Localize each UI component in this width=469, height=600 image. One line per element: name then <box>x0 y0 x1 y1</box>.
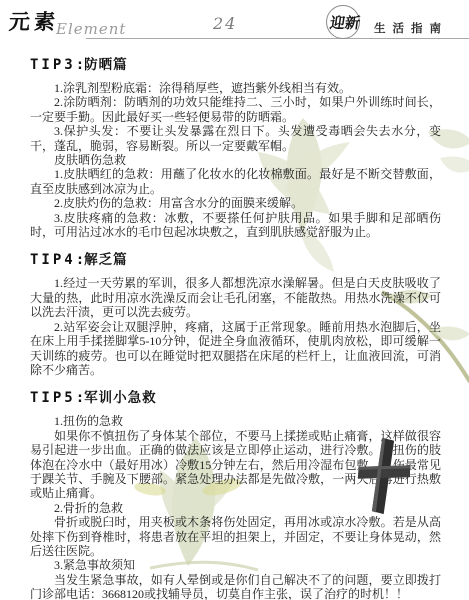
paragraph: 1.经过一天劳累的军训，很多人都想洗凉水澡解暑。但是白天皮肤吸收了大量的热，此时… <box>30 276 441 319</box>
paragraph: 当发生紧急事故，如有人晕倒或是你们自己解决不了的问题，要立即拨打门诊部电话：36… <box>30 573 441 600</box>
welcome-badge-label: 迎新 <box>329 12 362 33</box>
medical-cross-icon <box>358 436 410 516</box>
paragraph: 2.涂防晒剂：防晒剂的功效只能维持二、三小时，如果户外训练时间长，一定要手勤。因… <box>30 95 441 124</box>
section-heading: TIP3:防晒篇 <box>30 56 441 75</box>
tip-title: 解乏篇 <box>84 252 128 268</box>
tip-separator: : <box>76 252 84 268</box>
magazine-logo-en: Element <box>56 20 126 38</box>
paragraph: 2.站军姿会让双腿浮肿，疼痛，这属于正常现象。睡前用热水泡脚后，坐在床上用手揉搓… <box>30 320 441 378</box>
paragraph: 3.保护头发：不要让头发暴露在烈日下。头发遭受毒晒会失去水分，变干，蓬乱，脆弱，… <box>30 124 441 153</box>
tip-label: TIP3 <box>30 57 76 73</box>
section-heading: TIP5:军训小急救 <box>30 389 441 408</box>
paragraph: 3.皮肤疼痛的急救：冰敷，不要搽任何护肤用品。如果手脚和足部晒伤时，可用沾过冰水… <box>30 211 441 240</box>
edition-title: 生活指南 <box>374 20 448 36</box>
paragraph: 骨折或脱臼时，用夹板或木条将伤处固定，再用冰或凉水冷敷。若是从高处摔下伤到脊椎时… <box>30 515 441 558</box>
tip-label: TIP4 <box>30 252 76 268</box>
page-header: 元素 Element 24 迎新 生活指南 <box>0 0 469 44</box>
section-subheading: 1.扭伤的急救 <box>30 414 441 428</box>
page: 元素 Element 24 迎新 生活指南 TIP3:防晒篇 1.涂乳剂型粉底霜… <box>0 0 469 600</box>
section-tip3: TIP3:防晒篇 1.涂乳剂型粉底霜：涂得稍厚些，遮挡紫外线相当有效。 2.涂防… <box>30 56 441 239</box>
page-number: 24 <box>213 14 237 33</box>
tip-label: TIP5 <box>30 390 76 406</box>
article-body: TIP3:防晒篇 1.涂乳剂型粉底霜：涂得稍厚些，遮挡紫外线相当有效。 2.涂防… <box>0 56 469 600</box>
section-heading: TIP4:解乏篇 <box>30 251 441 270</box>
paragraph: 1.皮肤晒红的急救：用蘸了化妆水的化妆棉敷面。最好是不断交替敷面，直至皮肤感到冰… <box>30 167 441 196</box>
tip-separator: : <box>76 57 84 73</box>
welcome-badge: 迎新 <box>326 5 360 39</box>
tip-title: 防晒篇 <box>84 57 128 73</box>
paragraph: 2.皮肤灼伤的急救：用富含水分的面膜来缓解。 <box>30 196 441 210</box>
section-tip4: TIP4:解乏篇 1.经过一天劳累的军训，很多人都想洗凉水澡解暑。但是白天皮肤吸… <box>30 251 441 377</box>
header-rule <box>86 38 469 39</box>
tip-separator: : <box>76 390 84 406</box>
section-subheading: 皮肤晒伤急救 <box>30 153 441 167</box>
paragraph: 1.涂乳剂型粉底霜：涂得稍厚些，遮挡紫外线相当有效。 <box>30 81 441 95</box>
magazine-logo-cn: 元素 <box>8 6 60 36</box>
tip-title: 军训小急救 <box>84 390 157 406</box>
section-subheading: 3.紧急事故须知 <box>30 558 441 572</box>
